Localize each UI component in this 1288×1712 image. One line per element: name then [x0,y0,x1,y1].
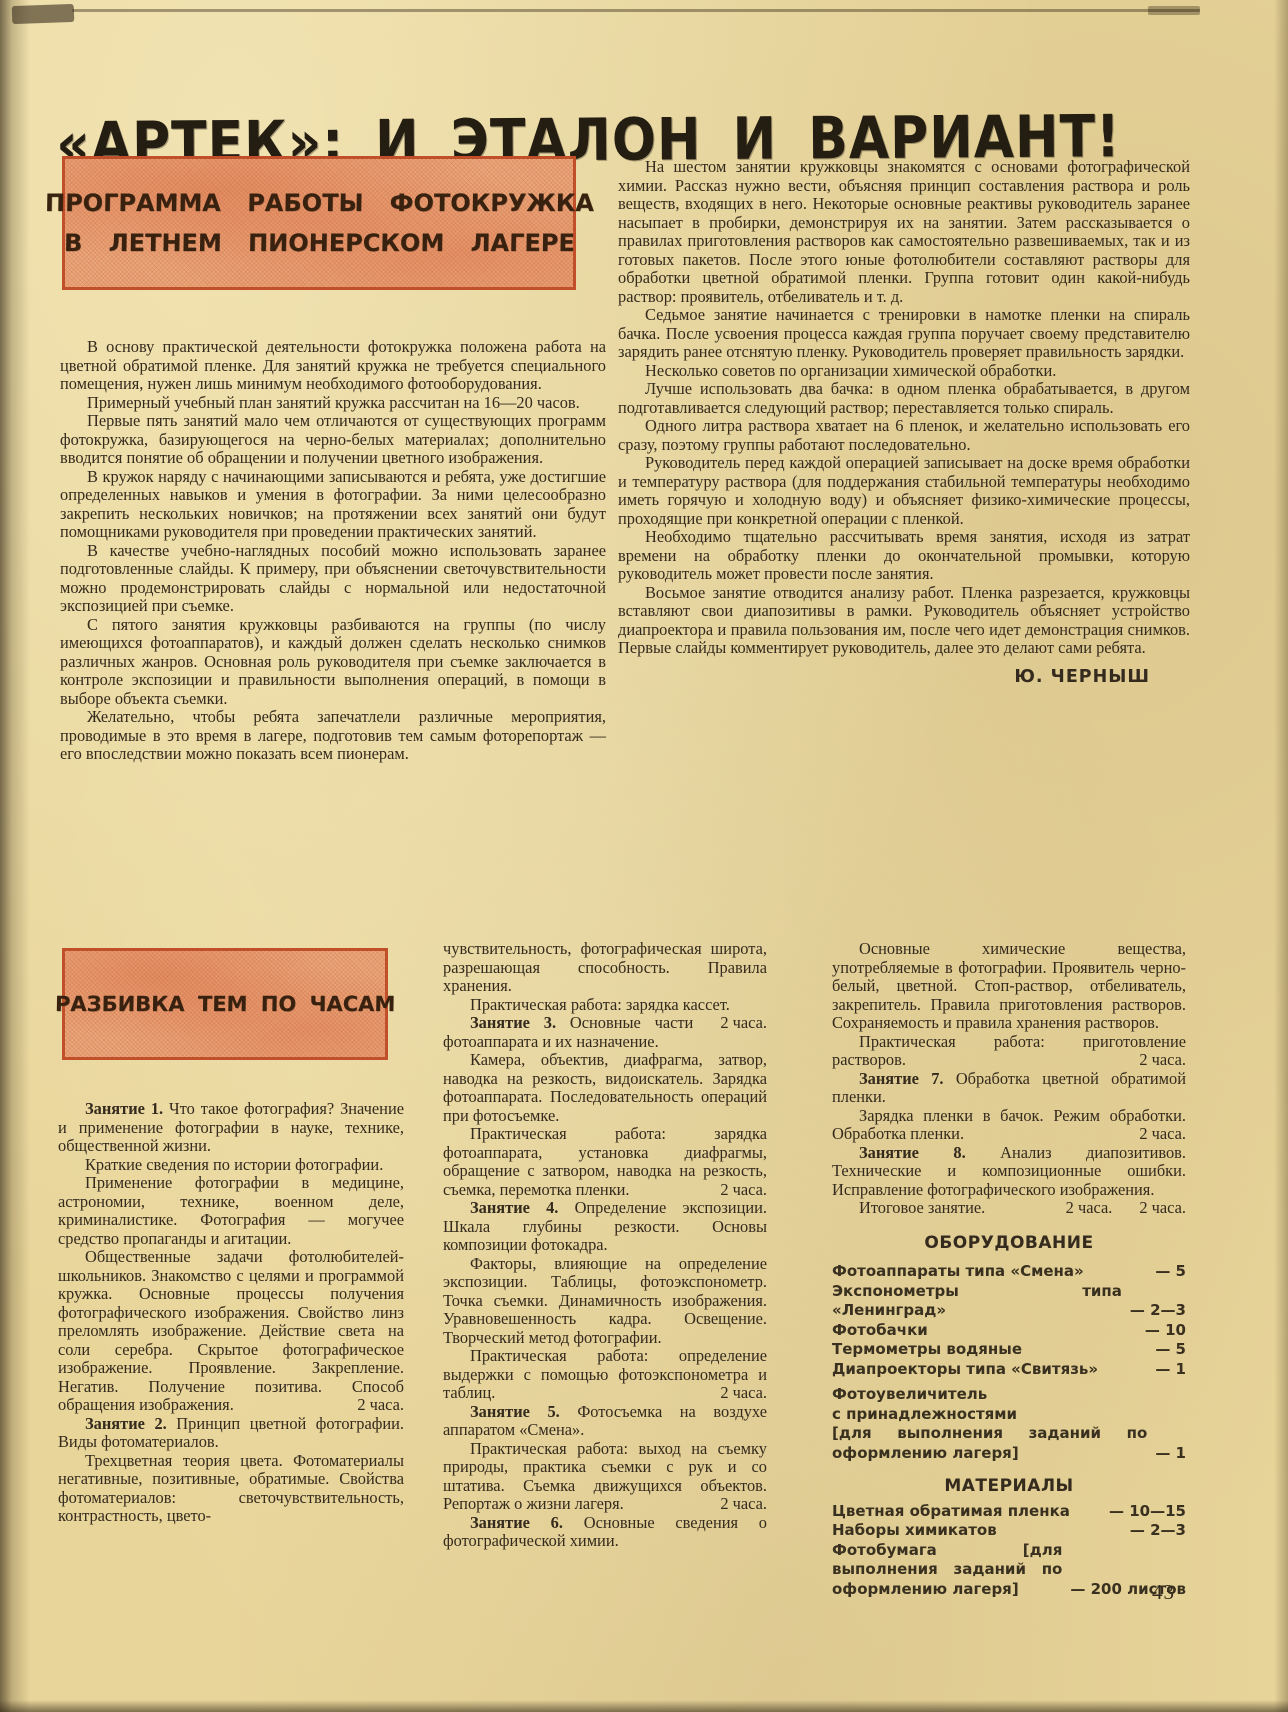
page-number: 43 [1152,1580,1175,1605]
supply-item: Фотобачки— 10 [832,1321,1186,1341]
supply-item: Цветная обратимая пленка— 10—15 [832,1502,1186,1522]
paragraph: Занятие 4. Определение экспозиции. Шкала… [443,1199,767,1255]
paragraph: Камера, объектив, диафрагма, затвор, нав… [443,1051,767,1125]
scan-edge-right [1274,0,1288,1712]
scan-top-line [72,9,1200,12]
intro-left-paragraphs: В основу практической деятельности фоток… [60,338,606,764]
paragraph-lead: Занятие 6. [470,1513,584,1532]
paragraph: Практическая работа: выход на съемку при… [443,1440,767,1514]
hours-value: 2 часа. [1112,1051,1186,1070]
paragraph-lead: Занятие 7. [859,1069,956,1088]
supply-item: с принадлежностями [832,1405,1186,1425]
paragraph: чувствительность, фотографическая широта… [443,940,767,996]
schedule-col1-paragraphs: Занятие 1. Что такое фотография? Значени… [58,1100,404,1526]
supply-item-label: Наборы химикатов [832,1521,997,1541]
supply-item-value: — 10—15 [1101,1502,1186,1522]
paragraph: В качестве учебно-наглядных пособий можн… [60,542,606,616]
program-banner-line2: В ЛЕТНЕМ ПИОНЕРСКОМ ЛАГЕРЕ [63,229,574,257]
hours-value: 2 часа. [1112,1199,1186,1218]
supply-item-value: — 5 [1147,1340,1186,1360]
paragraph: Применение фотографии в медицине, астрон… [58,1174,404,1248]
supply-item-label: Фотобачки [832,1321,928,1341]
paragraph: Краткие сведения по истории фотографии. [58,1156,404,1175]
paragraph: Основные химические вещества, употребляе… [832,940,1186,1033]
paragraph-lead: Занятие 1. [85,1099,169,1118]
scan-edge-bottom [0,1700,1288,1712]
paragraph: Занятие 6. Основные сведения о фотографи… [443,1514,767,1551]
scan-edge-left [0,0,30,1712]
paragraph: Несколько советов по организации химичес… [618,362,1190,381]
supply-item-label: [для выполнения заданий по оформлению ла… [832,1424,1147,1463]
hours-value: 2 часа. [693,1384,767,1403]
scan-corner-mark [12,4,75,24]
hours-value: 2 часа. [693,1495,767,1514]
supply-item-value: — 10 [1137,1321,1186,1341]
supply-item-value: — 1 [1147,1360,1186,1380]
hours-banner: РАЗБИВКА ТЕМ ПО ЧАСАМ [62,948,388,1060]
paragraph: Практическая работа: приготовление раств… [832,1033,1186,1070]
paragraph: Практическая работа: зарядка кассет.2 ча… [443,996,767,1015]
paragraph: Необходимо тщательно рассчитывать время … [618,528,1190,584]
author-byline: Ю. ЧЕРНЫШ [618,668,1190,687]
hours-banner-title: РАЗБИВКА ТЕМ ПО ЧАСАМ [55,992,396,1016]
supply-item-label: Диапроекторы типа «Свитязь» [832,1360,1098,1380]
supply-item: Фотоувеличитель [832,1385,1186,1405]
program-banner-line1: ПРОГРАММА РАБОТЫ ФОТОКРУЖКА [44,189,593,217]
supply-item-value: — 1 [1147,1444,1186,1464]
paragraph: Восьмое занятие отводится анализу работ.… [618,584,1190,658]
intro-column-right: На шестом занятии кружковцы знакомятся с… [618,158,1190,686]
supply-item-label: Фотоаппараты типа «Смена» [832,1262,1084,1282]
program-banner: ПРОГРАММА РАБОТЫ ФОТОКРУЖКА В ЛЕТНЕМ ПИО… [62,156,576,290]
paragraph: Одного литра раствора хватает на 6 плено… [618,417,1190,454]
paragraph-lead: Занятие 2. [85,1414,176,1433]
supply-item-label: Фотобумага [для выполнения заданий по оф… [832,1541,1062,1600]
equipment-heading: ОБОРУДОВАНИЕ [832,1234,1186,1253]
supply-item: Термометры водяные— 5 [832,1340,1186,1360]
supply-item: Фотоаппараты типа «Смена»— 5 [832,1262,1186,1282]
schedule-column-2: чувствительность, фотографическая широта… [443,940,767,1551]
hours-value: 2 часа. [693,1181,767,1200]
paragraph: Зарядка пленки в бачок. Режим обработки.… [832,1107,1186,1144]
magazine-page: «АРТЕК»: И ЭТАЛОН И ВАРИАНТ! ПРОГРАММА Р… [0,0,1288,1712]
paragraph: Седьмое занятие начинается с тренировки … [618,306,1190,362]
supply-item-label: Фотоувеличитель [832,1385,987,1405]
paragraph: С пятого занятия кружковцы разбиваются н… [60,616,606,709]
paragraph: Руководитель перед каждой операцией запи… [618,454,1190,528]
paragraph: Желательно, чтобы ребята запечатлели раз… [60,708,606,764]
materials-block: МАТЕРИАЛЫ Цветная обратимая пленка— 10—1… [832,1477,1186,1599]
schedule-column-1: Занятие 1. Что такое фотография? Значени… [58,1100,404,1526]
paragraph: Занятие 5. Фотосъемка на воздухе аппарат… [443,1403,767,1440]
equipment-list: Фотоаппараты типа «Смена»— 5Экспонометры… [832,1262,1186,1463]
intro-column-left: В основу практической деятельности фоток… [60,338,606,764]
paragraph: Трехцветная теория цвета. Фотоматериалы … [58,1452,404,1526]
hours-value: 2 часа. [693,1014,767,1033]
paragraph: Практическая работа: зарядка фотоаппарат… [443,1125,767,1199]
intro-right-paragraphs: На шестом занятии кружковцы знакомятся с… [618,158,1190,658]
schedule-col3-paragraphs: Основные химические вещества, употребляе… [832,940,1186,1218]
paragraph: В кружок наряду с начинающими записывают… [60,468,606,542]
scan-top-right-mark [1148,6,1200,15]
materials-list: Цветная обратимая пленка— 10—15Наборы хи… [832,1502,1186,1600]
hours-value: 2 часа. [1039,1199,1113,1218]
paragraph-lead: Занятие 5. [470,1402,577,1421]
supply-item: Наборы химикатов— 2—3 [832,1521,1186,1541]
schedule-col2-paragraphs: чувствительность, фотографическая широта… [443,940,767,1551]
supply-item-label: с принадлежностями [832,1405,1017,1425]
supply-item: Диапроекторы типа «Свитязь»— 1 [832,1360,1186,1380]
paragraph: Занятие 2. Принцип цветной фотографии. В… [58,1415,404,1452]
hours-value: 2 часа. [1112,1125,1186,1144]
schedule-column-3: Основные химические вещества, употребляе… [832,940,1186,1599]
paragraph: В основу практической деятельности фоток… [60,338,606,394]
paragraph: Занятие 8. Анализ диапозитивов. Техничес… [832,1144,1186,1200]
supply-item-label: Экспонометры типа «Ленинград» [832,1282,1122,1321]
supply-item-value: — 5 [1147,1262,1186,1282]
hours-value: 2 часа. [330,1396,404,1415]
paragraph: Общественные задачи фотолюбителей-школьн… [58,1248,404,1415]
paragraph: Лучше использовать два бачка: в одном пл… [618,380,1190,417]
paragraph: Занятие 1. Что такое фотография? Значени… [58,1100,404,1156]
supply-item-value: — 2—3 [1122,1301,1186,1321]
paragraph: Примерный учебный план занятий кружка ра… [60,394,606,413]
supply-item: [для выполнения заданий по оформлению ла… [832,1424,1186,1463]
paragraph: Практическая работа: определение выдержк… [443,1347,767,1403]
paragraph-lead: Занятие 8. [859,1143,1000,1162]
paragraph-lead: Занятие 3. [470,1013,570,1032]
paragraph: Факторы, влияющие на определение экспози… [443,1255,767,1348]
paragraph: Занятие 7. Обработка цветной обратимой п… [832,1070,1186,1107]
paragraph-lead: Занятие 4. [470,1198,575,1217]
supply-item-label: Цветная обратимая пленка [832,1502,1070,1522]
paragraph: Первые пять занятий мало чем отличаются … [60,412,606,468]
materials-heading: МАТЕРИАЛЫ [832,1477,1186,1496]
supply-item: Фотобумага [для выполнения заданий по оф… [832,1541,1186,1600]
supply-item: Экспонометры типа «Ленинград»— 2—3 [832,1282,1186,1321]
paragraph: На шестом занятии кружковцы знакомятся с… [618,158,1190,306]
supply-item-value: — 2—3 [1122,1521,1186,1541]
supply-item-label: Термометры водяные [832,1340,1022,1360]
